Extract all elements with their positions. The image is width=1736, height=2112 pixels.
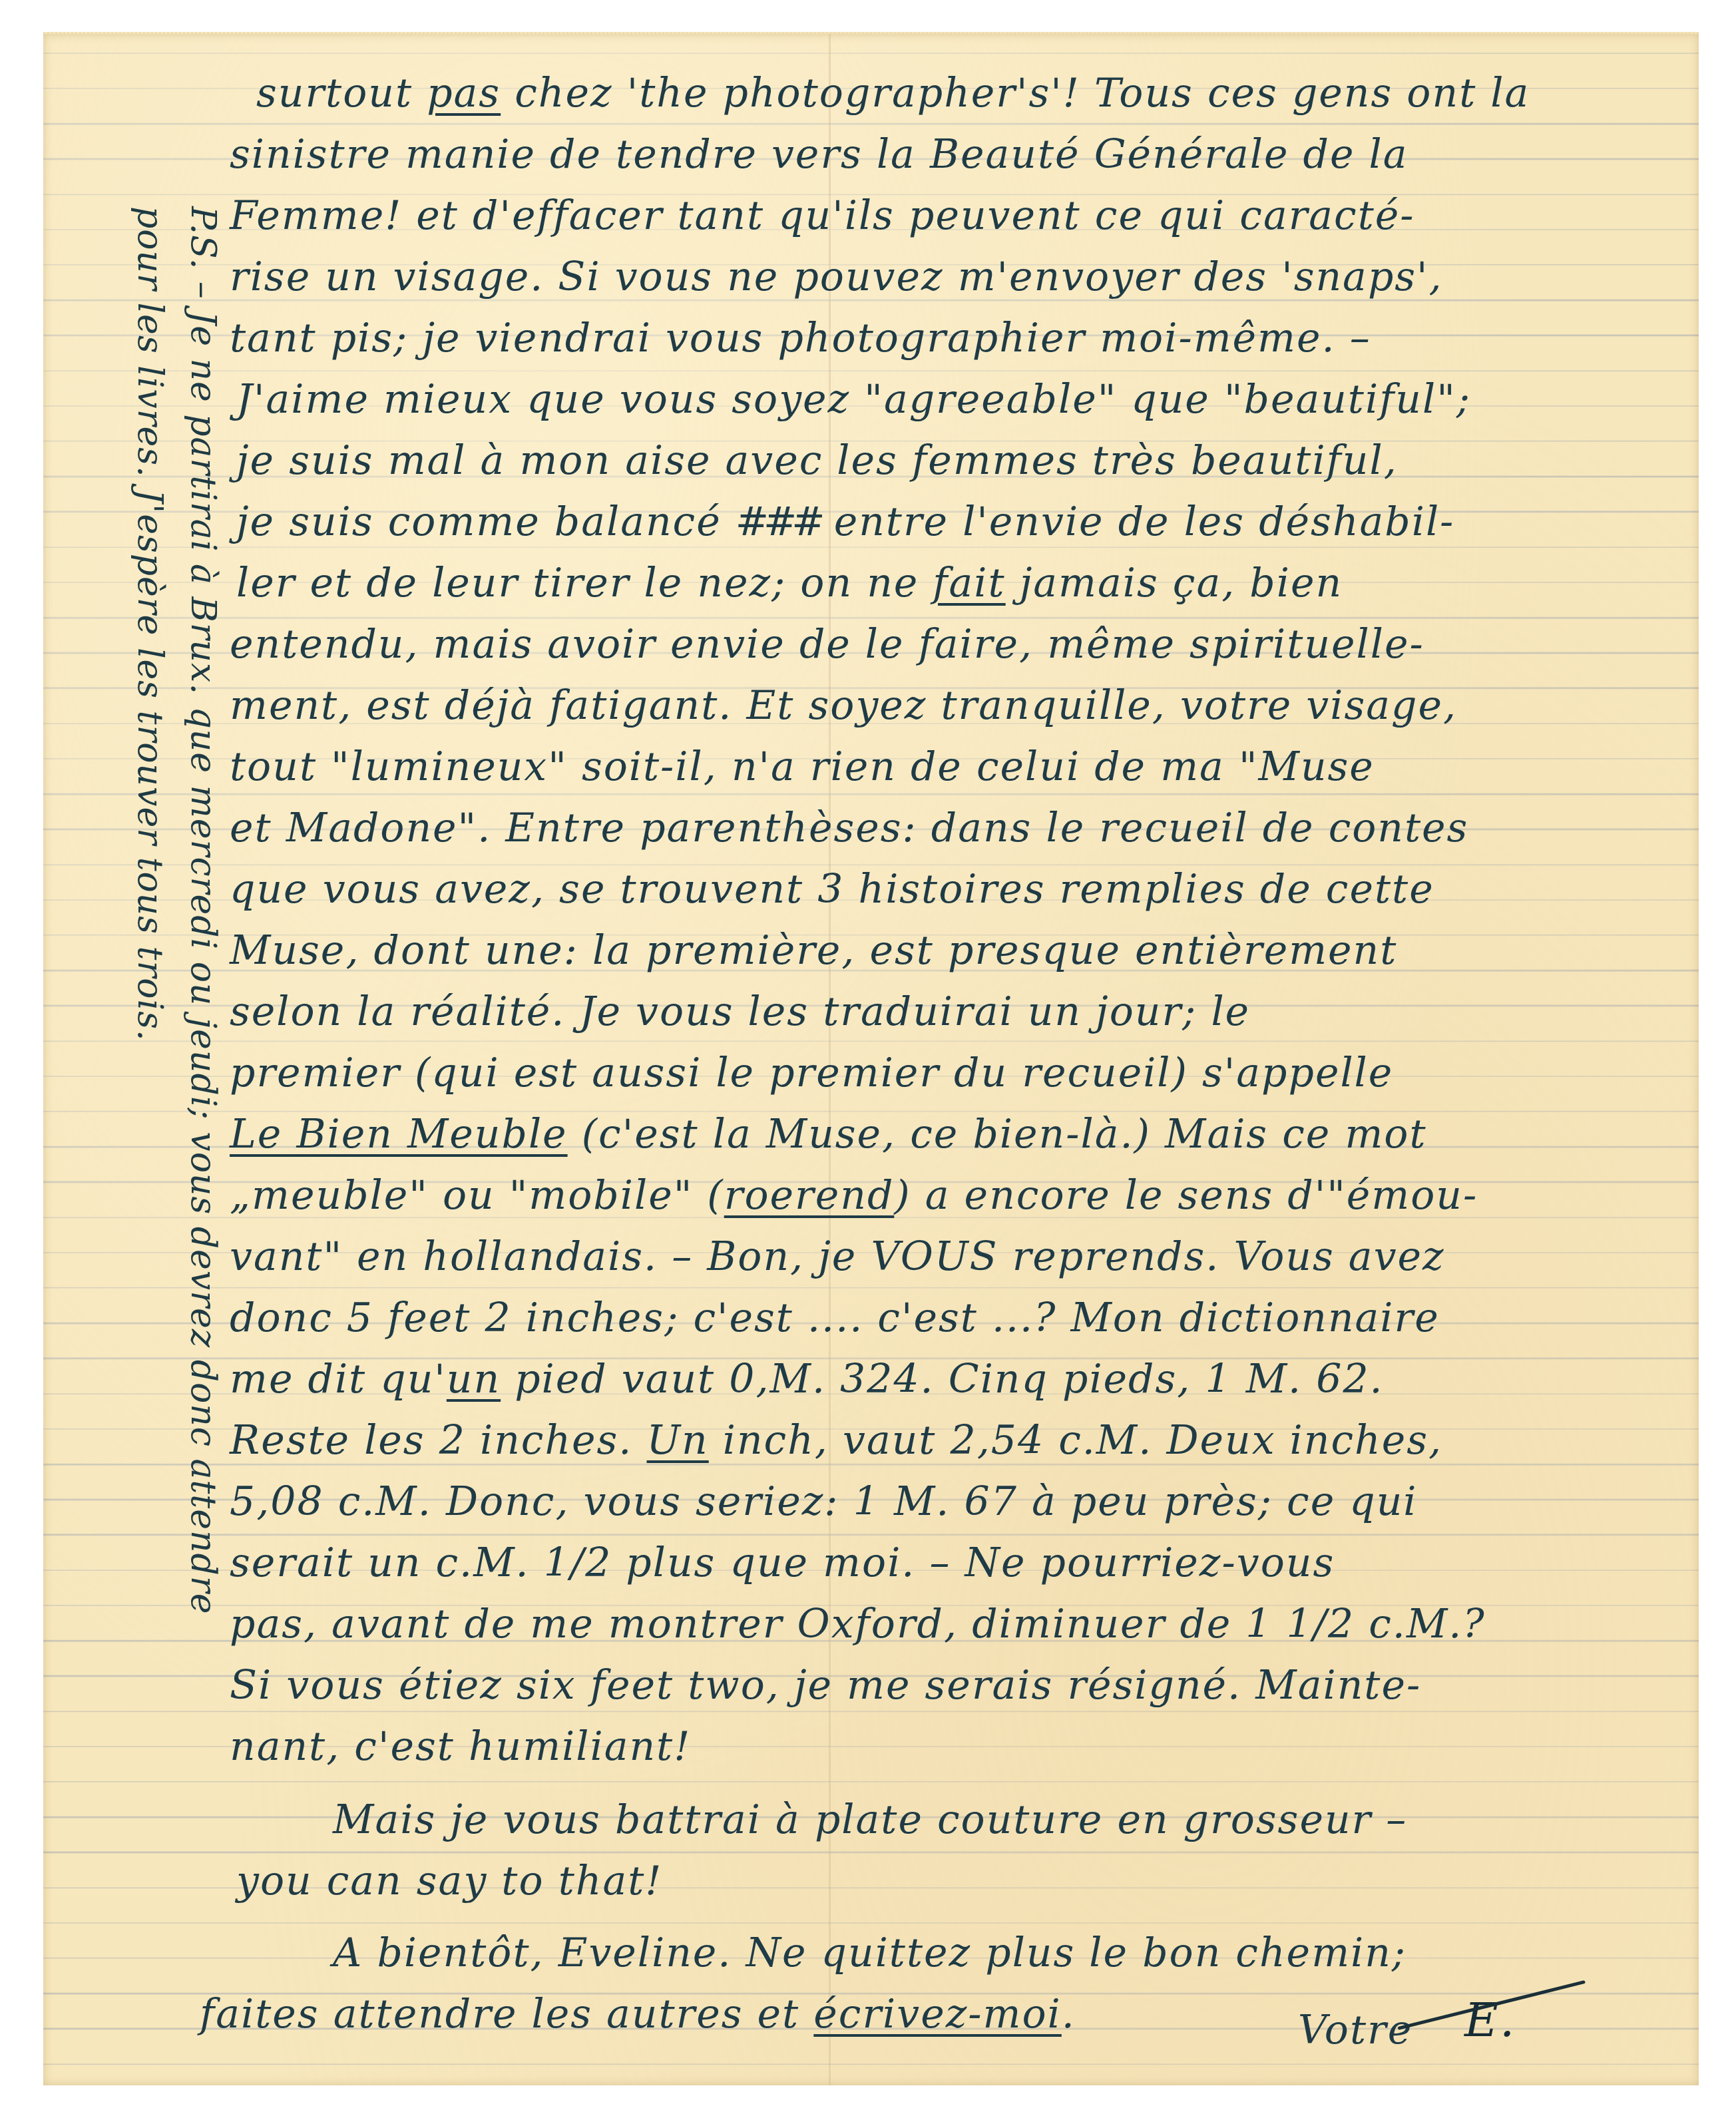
margin-postscript-line-2: pour les livres. J'espère les trouver to… xyxy=(130,206,170,1041)
text-line: A bientôt, Eveline. Ne quittez plus le b… xyxy=(333,1926,1407,1980)
text-line: selon la réalité. Je vous les traduirai … xyxy=(230,985,1250,1038)
underlined-word: un xyxy=(447,1356,501,1402)
text-line: donc 5 feet 2 inches; c'est .... c'est .… xyxy=(230,1291,1440,1345)
underlined-word: écrivez-moi xyxy=(813,1991,1061,2037)
text-line: vant" en hollandais. – Bon, je VOUS repr… xyxy=(230,1230,1445,1283)
text-line: nant, c'est humiliant! xyxy=(230,1720,691,1773)
text-line: entendu, mais avoir envie de le faire, m… xyxy=(230,618,1424,671)
text-line: que vous avez, se trouvent 3 histoires r… xyxy=(230,863,1434,916)
text-line: me dit qu'un pied vaut 0,M. 324. Cinq pi… xyxy=(230,1353,1384,1406)
text-line: ler et de leur tirer le nez; on ne fait … xyxy=(236,556,1343,610)
text-line: pas, avant de me montrer Oxford, diminue… xyxy=(230,1597,1486,1651)
margin-postscript-line-1: P.S. – Je ne partirai à Brux. que mercre… xyxy=(183,206,223,1614)
text-line: Mais je vous battrai à plate couture en … xyxy=(333,1793,1407,1846)
underlined-word: fait xyxy=(933,560,1005,606)
text-line: faites attendre les autres et écrivez-mo… xyxy=(200,1988,1076,2041)
text-line: Reste les 2 inches. Un inch, vaut 2,54 c… xyxy=(230,1414,1442,1467)
text-line: ment, est déjà fatigant. Et soyez tranqu… xyxy=(230,679,1457,732)
text-line: surtout pas chez 'the photographer's'! T… xyxy=(256,67,1530,120)
text-line: J'aime mieux que vous soyez "agreeable" … xyxy=(236,373,1471,426)
text-line: tout "lumineux" soit-il, n'a rien de cel… xyxy=(230,740,1375,793)
text-line: tant pis; je viendrai vous photographier… xyxy=(230,312,1371,365)
text-line: je suis comme balancé ### entre l'envie … xyxy=(236,495,1454,548)
text-line: Femme! et d'effacer tant qu'ils peuvent … xyxy=(230,189,1415,242)
text-line: serait un c.M. 1/2 plus que moi. – Ne po… xyxy=(230,1536,1335,1589)
text-line: premier (qui est aussi le premier du rec… xyxy=(230,1046,1393,1100)
crossed-out-word: ### xyxy=(736,499,820,545)
underlined-word: roerend xyxy=(724,1172,895,1219)
text-line: Si vous étiez six feet two, je me serais… xyxy=(230,1659,1421,1712)
underlined-title: Le Bien Meuble xyxy=(230,1111,568,1158)
text-line: sinistre manie de tendre vers la Beauté … xyxy=(230,128,1408,181)
text-line: 5,08 c.M. Donc, vous seriez: 1 M. 67 à p… xyxy=(230,1475,1417,1528)
text-line: rise un visage. Si vous ne pouvez m'envo… xyxy=(230,250,1443,304)
text-line: je suis mal à mon aise avec les femmes t… xyxy=(236,434,1398,487)
underlined-word: Un xyxy=(647,1417,709,1464)
text-line: „meuble" ou "mobile" (roerend) a encore … xyxy=(230,1169,1478,1222)
text-line: et Madone". Entre parenthèses: dans le r… xyxy=(230,801,1468,855)
text-line: Le Bien Meuble (c'est la Muse, ce bien-l… xyxy=(230,1108,1427,1161)
text-line: you can say to that! xyxy=(236,1854,662,1908)
signature-closing: Votre xyxy=(1298,2004,1412,2057)
letter-body: surtout pas chez 'the photographer's'! T… xyxy=(0,0,1736,2112)
text-line: Muse, dont une: la première, est presque… xyxy=(230,924,1397,977)
underlined-word: pas xyxy=(427,70,501,116)
